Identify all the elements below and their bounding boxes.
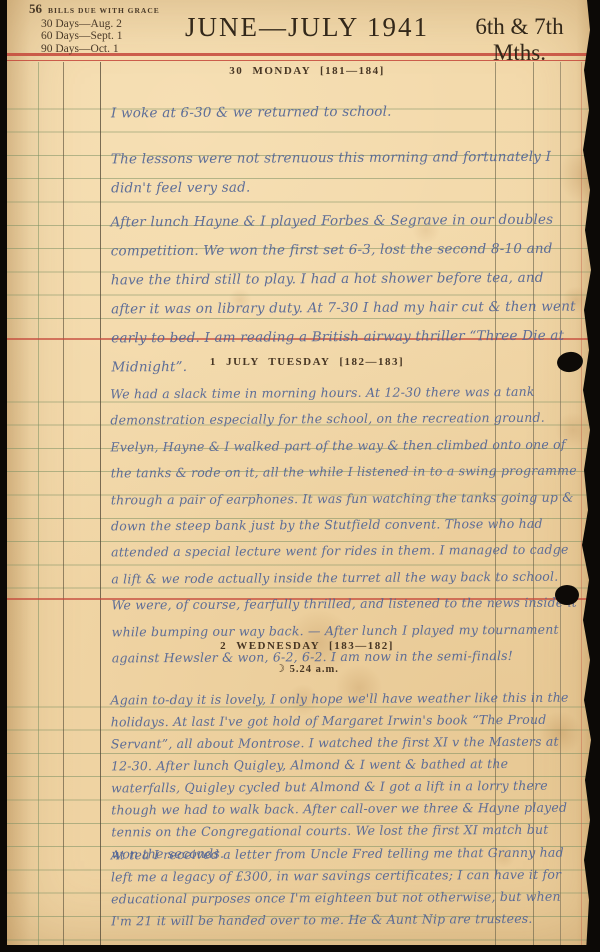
entry-pages: [183—182] bbox=[329, 640, 394, 652]
scan-edge-left bbox=[0, 0, 7, 952]
entry-name: JULY TUESDAY bbox=[226, 356, 330, 368]
moon-phase-note: ☽ 5.24 a.m. bbox=[67, 662, 547, 675]
moon-icon: ☽ bbox=[275, 662, 286, 675]
moon-time: 5.24 a.m. bbox=[290, 664, 339, 675]
bills-line: 60 Days—Sept. 1 bbox=[41, 30, 160, 43]
entry-heading-monday: 30 MONDAY [181—184] bbox=[67, 65, 547, 77]
bills-heading: 56BILLS DUE WITH GRACE bbox=[29, 3, 160, 18]
bills-number: 56 bbox=[29, 1, 42, 16]
entry-day: 1 bbox=[210, 356, 217, 368]
page-title: JUNE—JULY 1941 bbox=[157, 12, 457, 43]
vertical-rule bbox=[38, 62, 39, 945]
entry-pages: [181—184] bbox=[320, 65, 385, 77]
paper: 56BILLS DUE WITH GRACE 30 Days—Aug. 2 60… bbox=[7, 0, 600, 945]
months-label: 6th & 7th Mths. bbox=[447, 14, 592, 66]
entry-heading-tuesday: 1 JULY TUESDAY [182—183] bbox=[67, 356, 547, 368]
vertical-rule bbox=[63, 62, 64, 945]
torn-edge-right bbox=[578, 0, 600, 952]
handwritten-paragraph: At tea I received a letter from Uncle Fr… bbox=[111, 842, 580, 933]
punch-hole bbox=[555, 585, 579, 605]
bills-note: 56BILLS DUE WITH GRACE 30 Days—Aug. 2 60… bbox=[29, 3, 160, 55]
bills-title: BILLS DUE WITH GRACE bbox=[48, 6, 160, 15]
bills-line: 90 Days—Oct. 1 bbox=[41, 43, 160, 56]
bills-line: 30 Days—Aug. 2 bbox=[41, 18, 160, 31]
handwritten-paragraph: I woke at 6-30 & we returned to school. bbox=[111, 97, 579, 129]
handwritten-paragraph: Again to-day it is lovely, I only hope w… bbox=[110, 687, 579, 866]
entry-day: 2 bbox=[220, 640, 227, 652]
vertical-rule bbox=[100, 62, 101, 945]
entry-name: MONDAY bbox=[252, 65, 310, 77]
entry-heading-wednesday: 2 WEDNESDAY [183—182] bbox=[67, 640, 547, 652]
scanned-diary-page: 56BILLS DUE WITH GRACE 30 Days—Aug. 2 60… bbox=[0, 0, 600, 952]
entry-name: WEDNESDAY bbox=[236, 640, 320, 652]
entry-pages: [182—183] bbox=[339, 356, 404, 368]
handwritten-paragraph: The lessons were not strenuous this morn… bbox=[111, 143, 579, 204]
entry-day: 30 bbox=[229, 65, 243, 77]
scan-edge-bottom bbox=[0, 945, 600, 952]
handwritten-paragraph: We had a slack time in morning hours. At… bbox=[110, 379, 580, 672]
